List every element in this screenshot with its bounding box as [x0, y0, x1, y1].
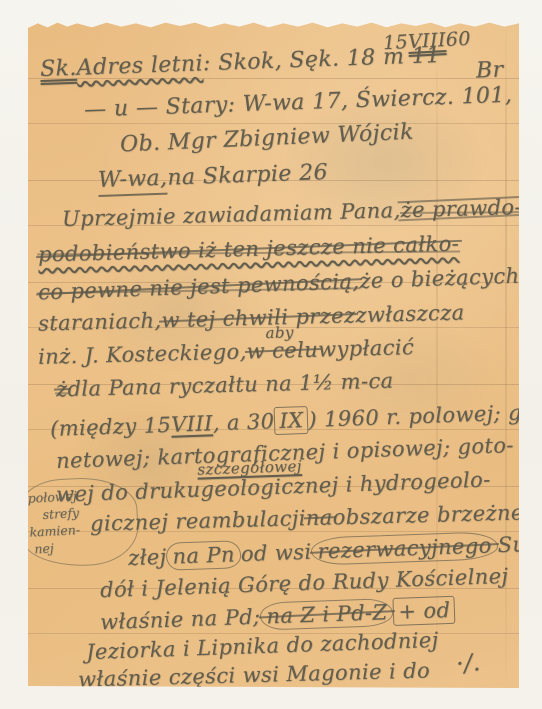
letter-paper: 15 VIII 60 Br Sk. Adres letni: Skok, Sęk… [28, 22, 519, 688]
body-text: dla Pana ryczałtu na 1½ m-ca [67, 368, 394, 403]
old-address: — u — Stary: W-wa 17, Świercz. 101, m 10 [84, 80, 542, 123]
body-text: Uprzejmie zawiadamiam Pana, [62, 197, 401, 232]
scanned-letter-page: { "doc": { "date": { "p1": "15 ", "p2": … [0, 0, 542, 709]
body-text: wypłacić [318, 334, 415, 363]
underlined-month: VIII [171, 410, 214, 437]
circled-text: na Pn [166, 540, 241, 571]
handwritten-line: Ob. Mgr Zbigniew Wójcik [120, 120, 415, 159]
city-abbrev: W-wa, [98, 166, 168, 197]
handwritten-line: staraniach, w tej chwili przez zwłaszcza [38, 299, 465, 336]
handwritten-line: ż dla Pana ryczałtu na 1½ m-ca [56, 368, 394, 403]
inserted-word: szczegółowej [197, 458, 302, 478]
margin-annotation: połowej strefy kamien- nej [20, 475, 140, 569]
addressee-name: Ob. Mgr Zbigniew Wójcik [120, 120, 415, 159]
struck-text: na [305, 504, 333, 531]
body-text: staraniach, [38, 307, 162, 336]
continuation-mark-text: ·/. [455, 649, 481, 677]
struck-text: ż [56, 376, 68, 402]
body-text: , a 30 [212, 408, 275, 436]
inserted-word: aby [265, 324, 294, 341]
boxed-month: IX [274, 406, 309, 435]
handwritten-line: Sk. Adres letni: Skok, Sęk. 18 m 11 [40, 43, 441, 83]
summer-address-label: Adres letni [76, 51, 203, 81]
initials-text: Br [475, 58, 503, 85]
struck-text: że prawdo- [400, 194, 522, 223]
body-text: inż. J. Kosteckiego, [38, 338, 247, 369]
body-text: zwłaszcza [355, 299, 465, 328]
body-text: obszarze brzeżne- [332, 499, 531, 530]
struck-text: podobieństwo iż ten jeszcze nie całko- [38, 230, 460, 267]
initials: Br [475, 58, 503, 85]
handwritten-line: podobieństwo iż ten jeszcze nie całko- [38, 230, 460, 267]
struck-text: w tej chwili przez [161, 302, 356, 333]
handwritten-line: W-wa, na Skarpie 26 [98, 160, 329, 197]
circled-struck-text: rezerwacyjnego [311, 531, 498, 565]
date-year: 60 [445, 26, 471, 53]
street-address: na Skarpie 26 [167, 160, 328, 192]
handwritten-line: Uprzejmie zawiadamiam Pana, że prawdo- [62, 194, 522, 232]
circled-struck-text: na Z i Pd-Z [260, 598, 394, 631]
body-text: że o bieżących [359, 263, 520, 295]
handwritten-line: — u — Stary: W-wa 17, Świercz. 101, m 10 [84, 80, 542, 123]
continuation-mark: ·/. [455, 649, 481, 677]
body-text: od wsi [240, 539, 312, 567]
boxed-text: + od [393, 596, 456, 626]
body-text: ) 1960 r. polowej; gabi- [308, 398, 542, 433]
body-text: (między 15 [50, 412, 172, 442]
body-text: właśnie na Pd; [100, 604, 261, 636]
summer-address: : Skok, Sęk. 18 m 11 [202, 43, 440, 77]
handwritten-line: gicznej reambulacji na obszarze brzeżne- [90, 499, 532, 537]
abbrev-sk: Sk. [40, 56, 77, 83]
struck-text: co pewne nie jest pewnością, [38, 268, 360, 305]
handwritten-line: inż. J. Kosteckiego, w celu wypłacić aby [38, 334, 415, 370]
